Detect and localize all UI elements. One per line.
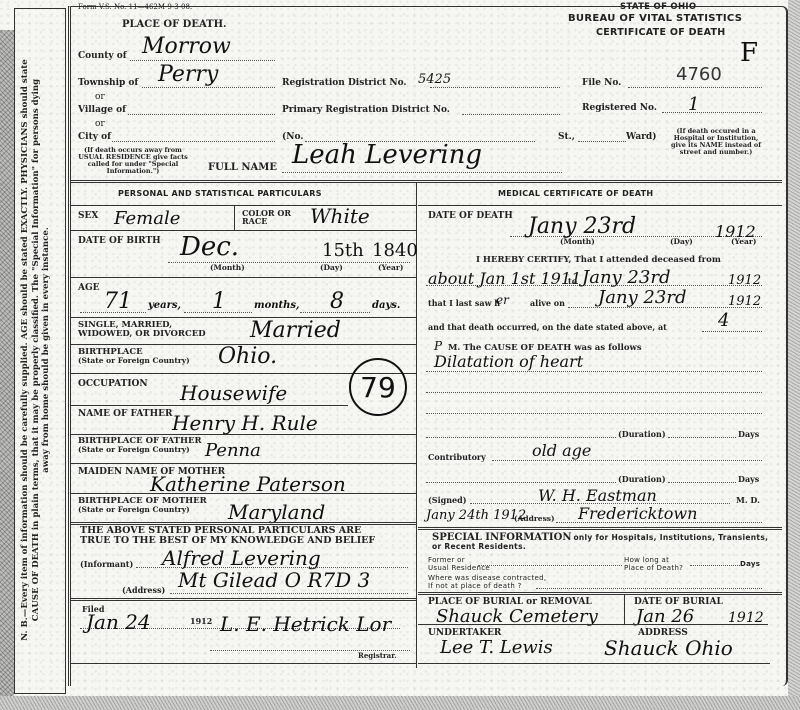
medical-section-title: MEDICAL CERTIFICATE OF DEATH	[498, 189, 653, 198]
md-label: M. D.	[736, 495, 760, 505]
occupation-value: Housewife	[180, 381, 287, 405]
age-years: 71	[104, 289, 132, 314]
birthplace-label: BIRTHPLACE(State or Foreign Country)	[78, 348, 190, 365]
mother-birthplace-value: Maryland	[228, 500, 325, 524]
day-caption: (Day)	[670, 238, 693, 246]
or-label: or	[95, 92, 105, 102]
registered-no-label: Registered No.	[582, 103, 657, 113]
special-info-heading: SPECIAL INFORMATION only for Hospitals, …	[432, 533, 772, 551]
day-caption: (Day)	[320, 264, 343, 272]
cause-value: Dilatation of heart	[434, 352, 583, 371]
occupation-label: OCCUPATION	[78, 379, 148, 389]
residence-note: (If death occurs away from USUAL RESIDEN…	[78, 147, 188, 175]
death-time: 4	[718, 310, 729, 331]
years-caption: years,	[148, 300, 181, 311]
marital-status-label: SINGLE, MARRIED,WIDOWED, OR DIVORCED	[78, 321, 206, 339]
scan-edge-left	[0, 30, 14, 710]
certify-text: I HEREBY CERTIFY, That I attended deceas…	[476, 255, 721, 265]
attended-to: Jany 23rd	[582, 267, 670, 288]
attended-from: about Jan 1st 1911	[428, 269, 581, 288]
primary-registration-label: Primary Registration District No.	[282, 105, 450, 115]
scan-edge-bottom	[0, 696, 800, 710]
state-title: STATE OF OHIO	[620, 2, 696, 12]
undertaker-address-value: Shauck Ohio	[604, 636, 733, 660]
or-label: or	[95, 119, 105, 129]
full-name-value: Leah Levering	[292, 140, 482, 170]
filed-year: 1912	[190, 616, 212, 626]
year-caption: (Year)	[731, 238, 756, 246]
informant-label: (Informant)	[80, 559, 133, 569]
file-no-value: 4760	[676, 64, 722, 85]
month-caption: (Month)	[210, 264, 245, 272]
circled-number: 79	[349, 358, 407, 416]
informant-value: Alfred Levering	[162, 546, 321, 570]
duration-label: (Duration)	[618, 429, 666, 439]
full-name-label: FULL NAME	[208, 162, 277, 173]
contributory-value: old age	[532, 441, 591, 460]
form-number: Form V.S. No. 11—462M-9-3-08.	[78, 3, 192, 11]
registration-district-label: Registration District No.	[282, 78, 407, 88]
informant-address-value: Mt Gilead O R7D 3	[178, 568, 370, 592]
physician-address-label: (Address)	[514, 514, 555, 523]
bureau-title: BUREAU OF VITAL STATISTICS	[568, 13, 742, 24]
disease-contracted-label: Where was disease contracted,If not at p…	[428, 575, 546, 590]
filed-date: Jan 24	[86, 610, 151, 634]
divider	[70, 180, 782, 183]
race-label: COLOR ORRACE	[242, 209, 291, 225]
county-value: Morrow	[142, 34, 231, 59]
how-long-label: How long atPlace of Death?	[624, 557, 683, 572]
registered-no-value: 1	[688, 94, 699, 115]
corner-mark: F	[740, 38, 758, 68]
birthplace-value: Ohio.	[218, 344, 277, 369]
special-days-label: Days	[740, 557, 760, 571]
duration-label-2: (Duration)	[618, 474, 666, 484]
attended-to-year: 1912	[728, 273, 761, 288]
last-saw-label: that I last saw h	[428, 298, 500, 308]
attestation-text: THE ABOVE STATED PERSONAL PARTICULARS AR…	[80, 526, 375, 546]
street-label: St.,	[558, 132, 575, 142]
county-label: County of	[78, 51, 127, 61]
registrar-label: Registrar.	[358, 651, 397, 660]
death-certificate: N. B.—Every item of information should b…	[0, 0, 800, 710]
registration-district-value: 5425	[418, 72, 451, 87]
village-label: Village of	[78, 105, 126, 115]
place-of-death-title: PLACE OF DEATH.	[122, 19, 227, 30]
township-label: Township of	[78, 78, 138, 88]
city-label: City of	[78, 132, 111, 142]
registrar-signature: L. E. Hetrick Lor	[220, 612, 391, 636]
year-caption: (Year)	[378, 264, 403, 272]
alive-on-label: alive on	[530, 298, 565, 308]
signed-label: (Signed)	[428, 495, 466, 505]
township-value: Perry	[158, 62, 218, 87]
personal-section-title: PERSONAL AND STATISTICAL PARTICULARS	[118, 189, 322, 198]
race-value: White	[310, 204, 370, 228]
date-of-birth-label: DATE OF BIRTH	[78, 236, 161, 246]
days-label: Days	[738, 429, 759, 439]
margin-note: N. B.—Every item of information should b…	[20, 10, 52, 690]
father-birthplace-label: BIRTHPLACE OF FATHER(State or Foreign Co…	[78, 437, 202, 454]
month-caption: (Month)	[560, 238, 595, 246]
death-month-day: Jany 23rd	[528, 214, 636, 239]
undertaker-value: Lee T. Lewis	[440, 637, 553, 658]
death-occurred-label: and that death occurred, on the date sta…	[428, 322, 667, 332]
date-of-death-label: DATE OF DEATH	[428, 211, 513, 221]
father-birthplace-value: Penna	[205, 440, 261, 461]
file-no-label: File No.	[582, 78, 621, 88]
last-saw-pronoun: er	[496, 293, 509, 307]
age-months: 1	[212, 289, 226, 314]
days-label-2: Days	[738, 474, 759, 484]
days-caption: days.	[372, 300, 400, 311]
alive-on-value: Jany 23rd	[598, 287, 686, 308]
physician-address-value: Fredericktown	[578, 504, 697, 523]
months-caption: months,	[254, 300, 300, 311]
certificate-title: CERTIFICATE OF DEATH	[596, 27, 726, 38]
informant-address-label: (Address)	[122, 585, 165, 595]
marital-status-value: Married	[250, 318, 341, 343]
meridiem: P	[434, 339, 442, 353]
dob-month: Dec.	[180, 232, 239, 262]
hospital-note: (If death occured in a Hospital or Insti…	[668, 128, 764, 156]
dob-day: 15th	[322, 240, 364, 261]
ward-label: Ward)	[626, 132, 656, 142]
father-name-value: Henry H. Rule	[172, 411, 318, 435]
sex-value: Female	[114, 208, 180, 229]
mother-birthplace-label: BIRTHPLACE OF MOTHER(State or Foreign Co…	[78, 497, 207, 514]
scan-edge-right	[788, 0, 800, 710]
dob-year: 1840	[372, 240, 418, 261]
sex-label: SEX	[78, 211, 98, 221]
contributory-label: Contributory	[428, 452, 486, 462]
physician-signature: W. H. Eastman	[538, 486, 657, 505]
age-days: 8	[330, 289, 344, 314]
alive-on-year: 1912	[728, 294, 761, 309]
age-label: AGE	[78, 283, 100, 293]
father-name-label: NAME OF FATHER	[78, 409, 172, 419]
to-label: to	[568, 276, 577, 286]
signed-date: Jany 24th 1912	[426, 508, 526, 523]
